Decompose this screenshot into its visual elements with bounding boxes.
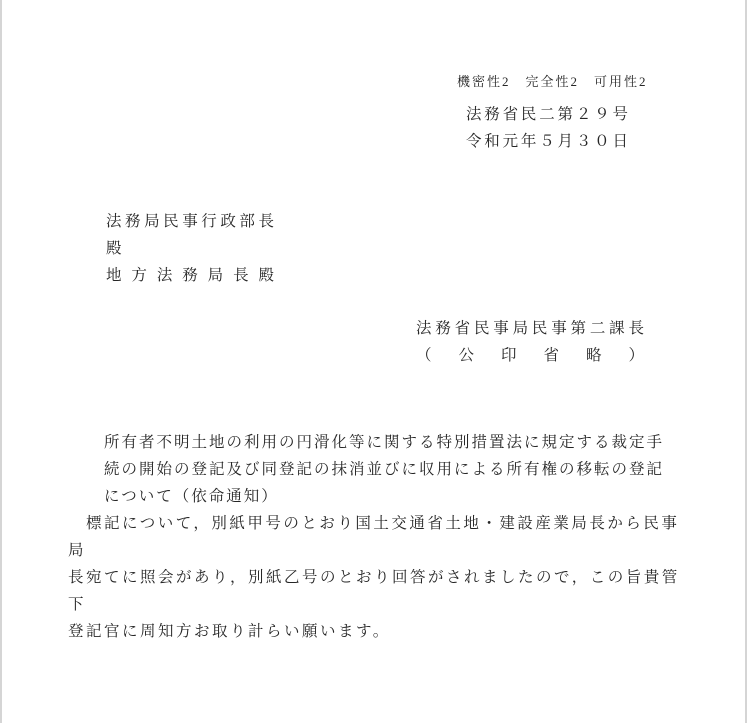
body-line: 登記官に周知方お取り計らい願います。: [68, 618, 680, 645]
sender-title: 法務省民事局民事第二課長: [416, 315, 644, 342]
subject-line: 続の開始の登記及び同登記の抹消並びに収用による所有権の移転の登記: [104, 456, 679, 483]
recipient-line-1: 法務局民事行政部長 殿: [106, 208, 274, 262]
seal-note: （公印省略）: [416, 342, 644, 369]
subject-block: 所有者不明土地の利用の円滑化等に関する特別措置法に規定する裁定手 続の開始の登記…: [104, 429, 679, 510]
body-block: 標記について，別紙甲号のとおり国土交通省土地・建設産業局長から民事局 長宛てに照…: [68, 510, 680, 645]
document-page: 機密性2 完全性2 可用性2 法務省民二第２９号 令和元年５月３０日 法務局民事…: [0, 0, 747, 723]
body-line: 標記について，別紙甲号のとおり国土交通省土地・建設産業局長から民事局: [68, 510, 680, 564]
body-line: 長宛てに照会があり，別紙乙号のとおり回答がされましたので，この旨貴管下: [68, 564, 680, 618]
doc-number: 法務省民二第２９号: [466, 101, 628, 128]
doc-meta-block: 法務省民二第２９号 令和元年５月３０日: [466, 101, 628, 155]
doc-date: 令和元年５月３０日: [466, 128, 628, 155]
sender-block: 法務省民事局民事第二課長 （公印省略）: [416, 315, 644, 369]
subject-line: について（依命通知）: [104, 483, 679, 510]
classification-label: 機密性2 完全性2 可用性2: [457, 71, 648, 90]
subject-line: 所有者不明土地の利用の円滑化等に関する特別措置法に規定する裁定手: [104, 429, 679, 456]
recipients-block: 法務局民事行政部長 殿 地方法務局長殿: [106, 208, 274, 289]
recipient-line-2: 地方法務局長殿: [106, 262, 274, 289]
